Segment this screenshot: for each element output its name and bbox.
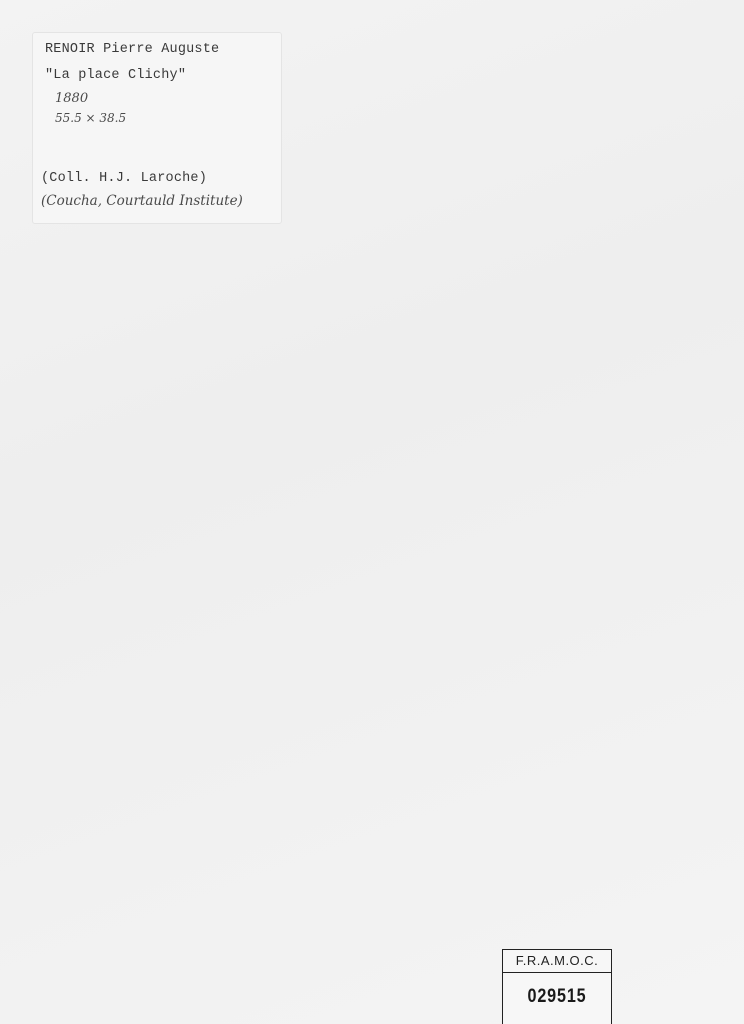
artwork-dimensions: 55.5 × 38.5 <box>55 111 126 125</box>
stamp-organization: F.R.A.M.O.C. <box>503 950 611 973</box>
archive-stamp: F.R.A.M.O.C. 029515 <box>502 949 612 1024</box>
artwork-year: 1880 <box>55 91 88 106</box>
catalog-label-card: RENOIR Pierre Auguste "La place Clichy" … <box>32 32 282 224</box>
stamp-number: 029515 <box>511 986 603 1008</box>
collection-note: (Coll. H.J. Laroche) <box>41 171 207 186</box>
photo-credit-note: (Coucha, Courtauld Institute) <box>41 193 243 209</box>
artist-name: RENOIR Pierre Auguste <box>45 42 219 57</box>
artwork-title: "La place Clichy" <box>45 68 186 83</box>
